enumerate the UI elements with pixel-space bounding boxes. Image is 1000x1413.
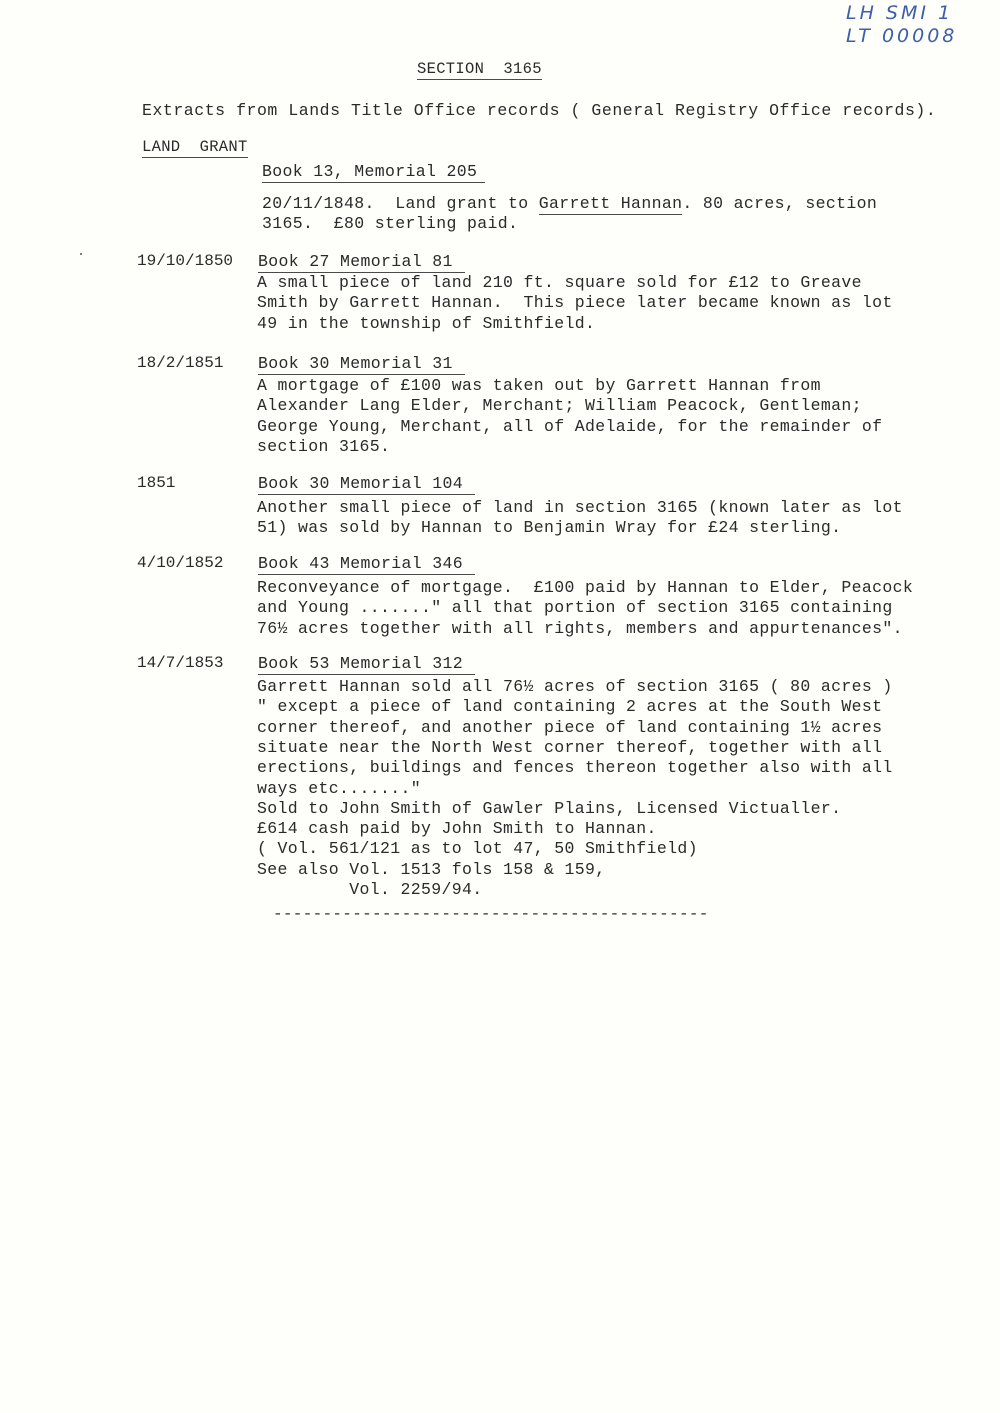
stray-mark xyxy=(80,253,82,255)
entry-text-line: situate near the North West corner there… xyxy=(257,738,882,757)
entry-text-line: 49 in the township of Smithfield. xyxy=(257,314,595,333)
entry-reference: Book 30 Memorial 104 xyxy=(258,474,475,495)
entry-text-line: Garrett Hannan sold all 76½ acres of sec… xyxy=(257,677,893,696)
entry-text-line: A mortgage of £100 was taken out by Garr… xyxy=(257,376,821,395)
entry-date: 1851 xyxy=(137,474,175,492)
entry-text-line: See also Vol. 1513 fols 158 & 159, xyxy=(257,860,606,879)
entry-text-line: Smith by Garrett Hannan. This piece late… xyxy=(257,293,893,312)
entry-text-line: ( Vol. 561/121 as to lot 47, 50 Smithfie… xyxy=(257,839,698,858)
land-grant-heading: LAND GRANT xyxy=(142,138,248,158)
entry-text-line: Reconveyance of mortgage. £100 paid by H… xyxy=(257,578,913,597)
entry-date: 4/10/1852 xyxy=(137,554,223,572)
entry-text-line: Another small piece of land in section 3… xyxy=(257,498,903,517)
page-title: SECTION 3165 xyxy=(417,60,542,80)
entry-text-line: and Young ......." all that portion of s… xyxy=(257,598,893,617)
entry-text-line: George Young, Merchant, all of Adelaide,… xyxy=(257,417,882,436)
intro-text: Extracts from Lands Title Office records… xyxy=(142,101,936,120)
end-rule: ----------------------------------------… xyxy=(273,905,709,923)
entry-text-line: section 3165. xyxy=(257,437,390,456)
entry-text-line: A small piece of land 210 ft. square sol… xyxy=(257,273,862,292)
grantee-name: Garrett Hannan xyxy=(539,194,683,215)
archive-ref-line1: LH SMI 1 xyxy=(846,2,953,25)
entry-reference: Book 30 Memorial 31 xyxy=(258,354,465,375)
entry-text-line: corner thereof, and another piece of lan… xyxy=(257,718,882,737)
entry-date: 19/10/1850 xyxy=(137,252,233,270)
entry-reference: Book 53 Memorial 312 xyxy=(258,654,475,675)
land-grant-text-prefix: 20/11/1848. Land grant to xyxy=(262,194,539,213)
entry-text-line: 76½ acres together with all rights, memb… xyxy=(257,619,903,638)
land-grant-text-line1: 20/11/1848. Land grant to Garrett Hannan… xyxy=(262,194,877,213)
archive-ref-line2: LT 00008 xyxy=(846,25,957,48)
entry-text-line: Alexander Lang Elder, Merchant; William … xyxy=(257,396,862,415)
entry-text-line: ways etc......." xyxy=(257,779,421,798)
entry-text-line: erections, buildings and fences thereon … xyxy=(257,758,893,777)
land-grant-reference: Book 13, Memorial 205 xyxy=(262,162,485,183)
entry-reference: Book 43 Memorial 346 xyxy=(258,554,475,575)
entry-text-line: £614 cash paid by John Smith to Hannan. xyxy=(257,819,657,838)
entry-text-line: " except a piece of land containing 2 ac… xyxy=(257,697,882,716)
entry-text-line: Vol. 2259/94. xyxy=(257,880,483,899)
entry-text-line: 51) was sold by Hannan to Benjamin Wray … xyxy=(257,518,841,537)
entry-text-line: Sold to John Smith of Gawler Plains, Lic… xyxy=(257,799,841,818)
land-grant-text-suffix: . 80 acres, section xyxy=(682,194,877,213)
entry-date: 18/2/1851 xyxy=(137,354,223,372)
land-grant-text-line2: 3165. £80 sterling paid. xyxy=(262,214,518,233)
entry-reference: Book 27 Memorial 81 xyxy=(258,252,465,273)
document-page: LH SMI 1 LT 00008 SECTION 3165 Extracts … xyxy=(0,0,1000,1413)
entry-date: 14/7/1853 xyxy=(137,654,223,672)
